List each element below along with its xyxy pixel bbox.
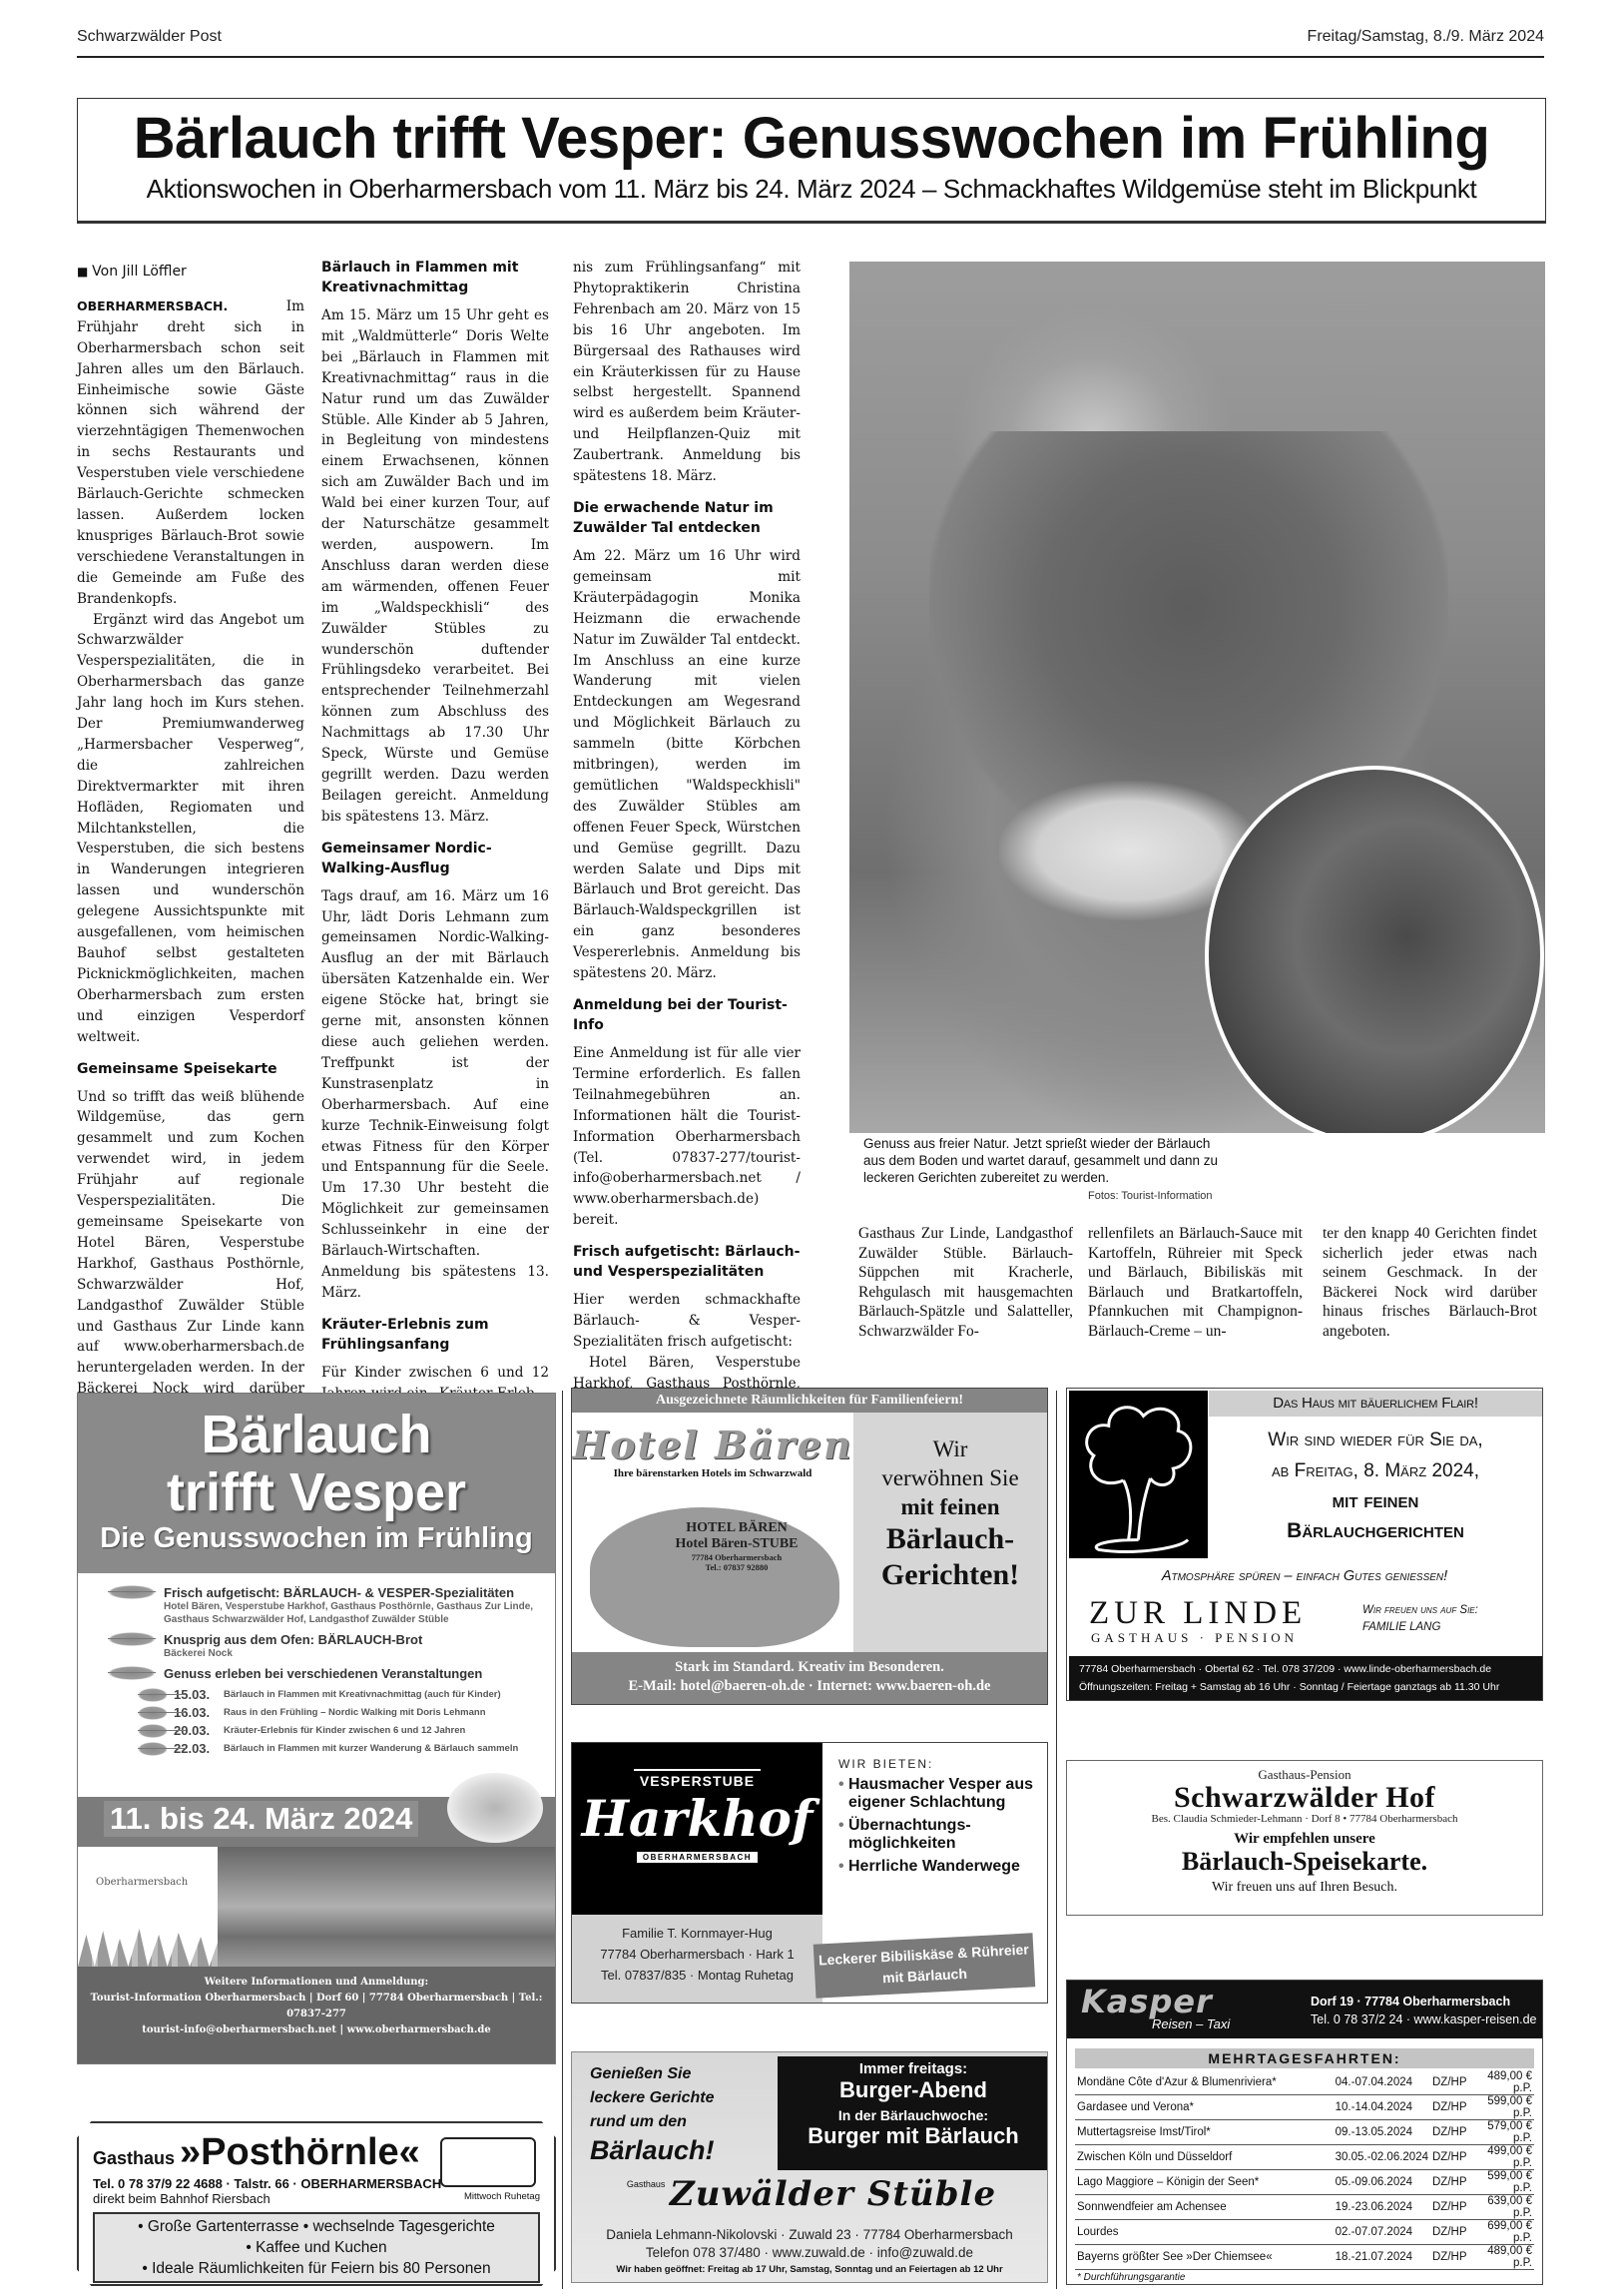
leaf-icon xyxy=(138,1706,168,1720)
photo-credit: Fotos: Tourist-Information xyxy=(1088,1190,1213,1202)
section-heading: Kräuter-Erlebnis zum Frühlingsanfang xyxy=(321,1315,549,1355)
section-heading: Gemeinsame Speisekarte xyxy=(77,1059,304,1079)
ad-title: Bärlauch xyxy=(94,1406,539,1463)
dateline: OBERHARMERSBACH. xyxy=(77,298,228,313)
promo-banner: Leckerer Bibiliskäse & Rühreier mit Bärl… xyxy=(813,1933,1036,1998)
leaf-icon xyxy=(138,1724,168,1738)
opening-hours: Wir haben geöffnet: Freitag ab 17 Uhr, S… xyxy=(572,2264,1047,2275)
offer-item: Herrliche Wanderwege xyxy=(838,1858,1047,1876)
linde-logo: ZUR LINDE xyxy=(1089,1596,1307,1630)
ad-dates: 11. bis 24. März 2024 xyxy=(104,1801,418,1837)
ad-contact: Dorf 19 · 77784 OberharmersbachTel. 0 78… xyxy=(1311,1993,1537,2028)
ad-header: Ausgezeichnete Räumlichkeiten für Famili… xyxy=(572,1389,1047,1413)
article-column-2: Bärlauch in Flammen mit Kreativnachmitta… xyxy=(321,258,549,1405)
publication-name: Schwarzwälder Post xyxy=(77,28,222,56)
ad-contact: Daniela Lehmann-Nikolovski · Zuwald 23 ·… xyxy=(572,2226,1047,2262)
section-heading: Frisch aufgetischt: Bärlauch- und Vesper… xyxy=(573,1242,801,1282)
table-row: Mondäne Côte d'Azur & Blumenriviera*04.-… xyxy=(1075,2070,1534,2095)
photo-caption: Genuss aus freier Natur. Jetzt sprießt w… xyxy=(863,1135,1233,1186)
headline-title: Bärlauch trifft Vesper: Genusswochen im … xyxy=(78,105,1545,172)
ad-offer-list: Frisch aufgetischt: BÄRLAUCH- & VESPER-S… xyxy=(78,1573,555,1756)
trips-heading: MEHRTAGESFAHRTEN: xyxy=(1075,2048,1534,2068)
ad-greeting: Wir freuen uns auf Sie: FAMILIE LANG xyxy=(1362,1602,1478,1636)
ad-message: Wir sind wieder für Sie da, ab Freitag, … xyxy=(1209,1425,1542,1546)
offer-item: Knusprig aus dem Ofen: BÄRLAUCH-BrotBäck… xyxy=(108,1632,545,1660)
table-row: Lourdes02.-07.07.2024DZ/HP699,00 € p.P. xyxy=(1075,2220,1534,2245)
stagecoach-icon xyxy=(440,2137,536,2187)
ad-posthoernle: Gasthaus »Posthörnle« Tel. 0 78 37/9 22 … xyxy=(77,2121,556,2286)
issue-date: Freitag/Samstag, 8./9. März 2024 xyxy=(1308,28,1544,56)
bear-text: HOTEL BÄREN Hotel Bären-STUBE 77784 Ober… xyxy=(652,1520,821,1572)
headline-box: Bärlauch trifft Vesper: Genusswochen im … xyxy=(77,98,1546,224)
kasper-tagline: Reisen – Taxi xyxy=(1152,2016,1230,2031)
event-item: 16.03.Raus in den Frühling – Nordic Walk… xyxy=(138,1705,545,1720)
oberharmersbach-logo: Oberharmersbach xyxy=(78,1847,218,1967)
hotel-logo: Hotel Bären xyxy=(572,1423,853,1467)
paragraph: Am 15. März um 15 Uhr geht es mit „Waldm… xyxy=(321,305,549,828)
paragraph: nis zum Frühlingsanfang“ mit Phytoprakti… xyxy=(573,258,801,487)
article-column-3: nis zum Frühlingsanfang“ mit Phytoprakti… xyxy=(573,258,801,1416)
ad-harkhof: VESPERSTUBE Harkhof OBERHARMERSBACH Fami… xyxy=(571,1742,1048,2004)
ad-slogan: Genießen Sie leckere Gerichte rund um de… xyxy=(590,2062,715,2167)
basket-inset-photo xyxy=(1205,766,1544,1133)
hotel-tagline: Ihre bärenstarken Hotels im Schwarzwald xyxy=(572,1467,853,1479)
paragraph: Am 22. März um 16 Uhr wird gemeinsam mit… xyxy=(573,546,801,984)
ad-genusswochen: Bärlauch trifft Vesper Die Genusswochen … xyxy=(77,1393,556,1814)
food-photo xyxy=(218,1847,555,1967)
ad-contact: Familie T. Kornmayer-Hug 77784 Oberharme… xyxy=(572,1915,822,2003)
ad-header: Das Haus mit bäuerlichem Flair! xyxy=(1209,1391,1542,1417)
leaf-icon xyxy=(138,1688,168,1702)
event-item: 15.03.Bärlauch in Flammen mit Kreativnac… xyxy=(138,1687,545,1702)
ad-title-block: Bärlauch trifft Vesper Die Genusswochen … xyxy=(78,1394,555,1573)
ad-message: Wir verwöhnen Sie mit feinen Bärlauch- G… xyxy=(853,1413,1047,1652)
paragraph: OBERHARMERSBACH. Im Frühjahr dreht sich … xyxy=(77,296,304,610)
ad-hotel-baeren: Ausgezeichnete Räumlichkeiten für Famili… xyxy=(571,1388,1048,1705)
offer-title: WIR BIETEN: xyxy=(838,1757,1047,1771)
ad-zuwaelder-stueble: Genießen Sie leckere Gerichte rund um de… xyxy=(571,2051,1048,2283)
page-header: Schwarzwälder Post Freitag/Samstag, 8./9… xyxy=(77,28,1544,58)
event-item: 22.03.Bärlauch in Flammen mit kurzer Wan… xyxy=(138,1741,545,1756)
ad-zur-linde: Das Haus mit bäuerlichem Flair! Wir sind… xyxy=(1066,1388,1543,1701)
paragraph: Und so trifft das weiß blühende Wildgemü… xyxy=(77,1087,304,1441)
ad-footer: Stark im Standard. Kreativ im Besonderen… xyxy=(572,1652,1047,1705)
footnote: * Durchführungsgarantie xyxy=(1077,2272,1542,2283)
paragraph: Ergänzt wird das Angebot um Schwarzwälde… xyxy=(77,610,304,1048)
table-row: Lago Maggiore – Königin der Seen*05.-09.… xyxy=(1075,2170,1534,2195)
leaf-icon xyxy=(108,1632,156,1646)
article-photo xyxy=(849,262,1545,1133)
soup-bowl-image xyxy=(447,1773,543,1843)
trips-table: Mondäne Côte d'Azur & Blumenriviera*04.-… xyxy=(1075,2070,1534,2270)
section-heading: Anmeldung bei der Tourist-Info xyxy=(573,995,801,1035)
article-subcolumn-3: ter den knapp 40 Gerichten findet sicher… xyxy=(1323,1224,1537,1341)
paragraph: Hier werden schmackhafte Bärlauch- & Ves… xyxy=(573,1290,801,1353)
event-item: 20.03.Kräuter-Erlebnis für Kinder zwisch… xyxy=(138,1723,545,1738)
byline: Von Jill Löffler xyxy=(77,262,304,283)
article-column-1: Von Jill Löffler OBERHARMERSBACH. Im Frü… xyxy=(77,262,304,1504)
harkhof-logo: VESPERSTUBE Harkhof OBERHARMERSBACH xyxy=(572,1743,822,1915)
ad-kasper-reisen: Kasper Reisen – Taxi Dorf 19 · 77784 Obe… xyxy=(1066,1980,1543,2285)
headline-subtitle: Aktionswochen in Oberharmersbach vom 11.… xyxy=(78,174,1545,205)
table-row: Bayerns größter See »Der Chiemsee«18.-21… xyxy=(1075,2245,1534,2270)
paragraph: Tags drauf, am 16. März um 16 Uhr, lädt … xyxy=(321,886,549,1304)
ad-title: trifft Vesper xyxy=(94,1463,539,1521)
ad-info-bar: Weitere Informationen und Anmeldung: Tou… xyxy=(78,1967,555,2064)
table-row: Sonnwendfeier am Achensee19.-23.06.2024D… xyxy=(1075,2195,1534,2220)
offer-item: Hausmacher Vesper aus eigener Schlachtun… xyxy=(838,1776,1047,1812)
zuwald-logo: Gasthaus Zuwälder Stüble xyxy=(612,2174,1011,2214)
article-subcolumn-2: rellenfilets an Bärlauch-Sauce mit Karto… xyxy=(1088,1224,1303,1341)
burger-promo: Immer freitags: Burger-Abend In der Bärl… xyxy=(778,2056,1048,2170)
paragraph: Eine Anmeldung ist für alle vier Termine… xyxy=(573,1043,801,1231)
column-divider xyxy=(562,1391,563,2289)
section-heading: Bärlauch in Flammen mit Kreativnachmitta… xyxy=(321,258,549,297)
ad-location: direkt beim Bahnhof RiersbachMittwoch Ru… xyxy=(93,2191,540,2206)
ad-address: Bes. Claudia Schmieder-Lehmann · Dorf 8 … xyxy=(1067,1813,1542,1825)
ad-slogan: Atmosphäre spüren – einfach Gutes genies… xyxy=(1067,1568,1542,1584)
column-divider xyxy=(1056,1391,1057,2289)
section-heading: Die erwachende Natur im Zuwälder Tal ent… xyxy=(573,498,801,538)
leaf-icon xyxy=(108,1585,156,1599)
offer-item: Übernachtungs-möglichkeiten xyxy=(838,1817,1047,1853)
article-subcolumn-1: Gasthaus Zur Linde, Landgasthof Zuwälder… xyxy=(858,1224,1073,1341)
ad-footer: 77784 Oberharmersbach · Obertal 62 · Tel… xyxy=(1069,1656,1542,1700)
section-heading: Gemeinsamer Nordic-Walking-Ausflug xyxy=(321,839,549,878)
table-row: Zwischen Köln und Düsseldorf30.05.-02.06… xyxy=(1075,2145,1534,2170)
offer-item: Genuss erleben bei verschiedenen Veranst… xyxy=(108,1666,545,1681)
ad-schwarzwaelder-hof: Gasthaus-Pension Schwarzwälder Hof Bes. … xyxy=(1066,1760,1543,1916)
ad-features: • Große Gartenterrasse • wechselnde Tage… xyxy=(93,2212,540,2283)
table-row: Muttertagsreise Imst/Tirol*09.-13.05.202… xyxy=(1075,2120,1534,2145)
leaf-icon xyxy=(138,1742,168,1756)
ad-name: Schwarzwälder Hof xyxy=(1067,1783,1542,1813)
ad-subtitle: Die Genusswochen im Frühling xyxy=(94,1521,539,1555)
table-row: Gardasee und Verona*10.-14.04.2024DZ/HP5… xyxy=(1075,2095,1534,2120)
kasper-logo: Kasper xyxy=(1081,1983,1213,2020)
ad-genusswochen-footer: Oberharmersbach Weitere Informationen un… xyxy=(77,1847,556,2064)
offer-item: Frisch aufgetischt: BÄRLAUCH- & VESPER-S… xyxy=(108,1585,545,1626)
ad-date-bar: 11. bis 24. März 2024 xyxy=(77,1797,556,1849)
tree-icon xyxy=(1069,1391,1208,1558)
linde-subtitle: GASTHAUS · PENSION xyxy=(1091,1630,1298,1646)
leaf-icon xyxy=(108,1666,156,1680)
